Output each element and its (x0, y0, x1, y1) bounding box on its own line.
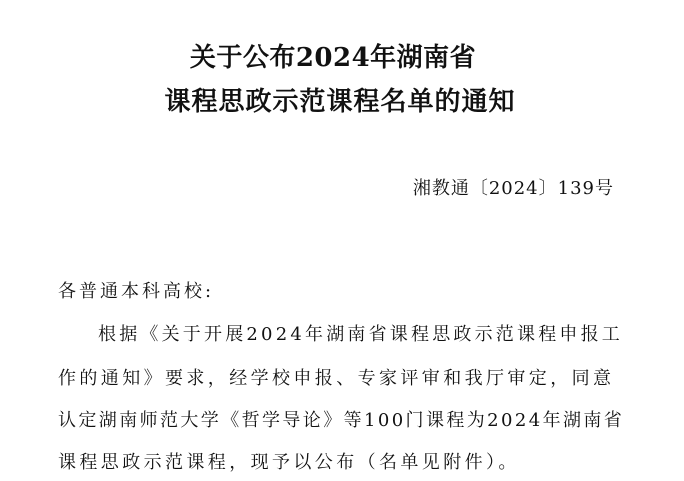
body-line-3: 认定湖南师范大学《哲学导论》等100门课程为2024年湖南省 (58, 409, 624, 433)
document-page: 关于公布2024年湖南省 课程思政示范课程名单的通知 湘教通〔2024〕139号… (0, 0, 684, 481)
body-line-2: 作的通知》要求，经学校申报、专家评审和我厅审定，同意 (58, 367, 614, 391)
salutation: 各普通本科高校: (58, 280, 214, 304)
document-number: 湘教通〔2024〕139号 (413, 177, 614, 201)
body-line-4: 课程思政示范课程，现予以公布（名单见附件）。 (58, 451, 520, 475)
document-title-line-1: 关于公布2024年湖南省 (0, 42, 675, 74)
document-title-line-2: 课程思政示范课程名单的通知 (0, 86, 682, 118)
body-line-1: 根据《关于开展2024年湖南省课程思政示范课程申报工 (98, 323, 623, 347)
